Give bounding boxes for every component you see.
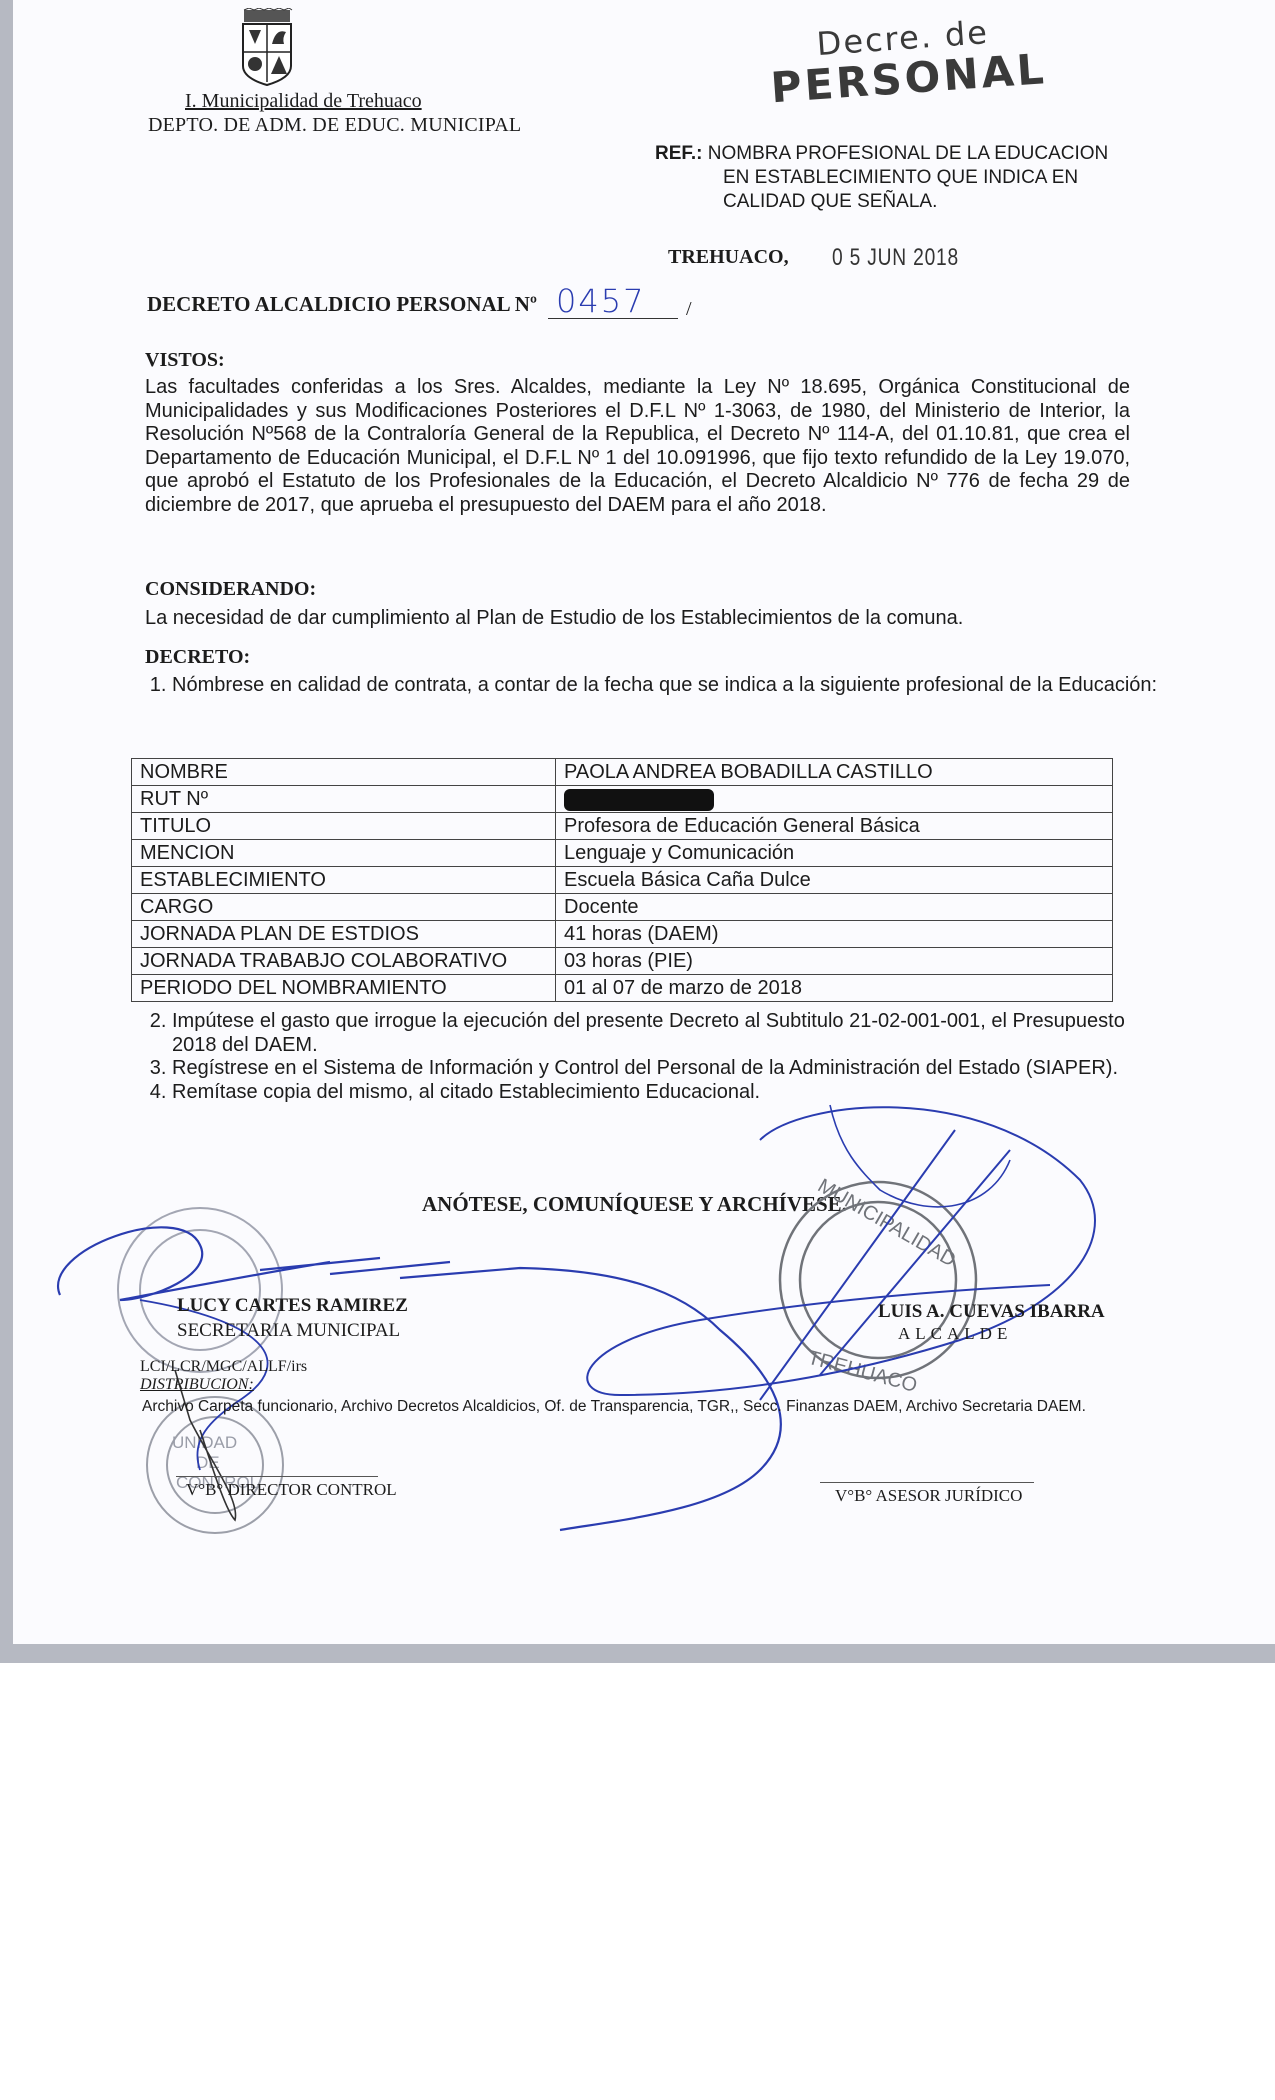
considerando-text: La necesidad de dar cumplimiento al Plan… bbox=[145, 607, 1130, 631]
table-row: TITULOProfesora de Educación General Bás… bbox=[132, 813, 1113, 840]
row-value: Profesora de Educación General Básica bbox=[556, 813, 1113, 840]
secretary-role: SECRETARIA MUNICIPAL bbox=[177, 1320, 400, 1342]
row-label: RUT Nº bbox=[132, 786, 556, 813]
reference-line-3: CALIDAD QUE SEÑALA. bbox=[655, 190, 1108, 214]
table-row: PERIODO DEL NOMBRAMIENTO01 al 07 de marz… bbox=[132, 975, 1113, 1002]
decreto-item-1-list: Nómbrese en calidad de contrata, a conta… bbox=[142, 674, 1162, 698]
date-stamp: 0 5 JUN 2018 bbox=[832, 244, 959, 272]
mayor-role: ALCALDE bbox=[898, 1324, 1012, 1344]
coat-of-arms-icon bbox=[236, 8, 298, 86]
decree-title: DECRETO ALCALDICIO PERSONAL Nº bbox=[147, 292, 537, 317]
table-row: MENCIONLenguaje y Comunicación bbox=[132, 840, 1113, 867]
decreto-item-4: Remítase copia del mismo, al citado Esta… bbox=[172, 1081, 1162, 1105]
row-value: PAOLA ANDREA BOBADILLA CASTILLO bbox=[556, 759, 1113, 786]
decreto-heading: DECRETO: bbox=[145, 646, 250, 669]
row-label: TITULO bbox=[132, 813, 556, 840]
table-row: ESTABLECIMIENTOEscuela Básica Caña Dulce bbox=[132, 867, 1113, 894]
decreto-item-3: Regístrese en el Sistema de Información … bbox=[172, 1057, 1162, 1081]
row-value bbox=[556, 786, 1113, 813]
row-label: JORNADA TRABABJO COLABORATIVO bbox=[132, 948, 556, 975]
reference-line-1: NOMBRA PROFESIONAL DE LA EDUCACION bbox=[708, 143, 1109, 164]
table-row: NOMBREPAOLA ANDREA BOBADILLA CASTILLO bbox=[132, 759, 1113, 786]
row-value: 03 horas (PIE) bbox=[556, 948, 1113, 975]
decreto-items-list: Impútese el gasto que irrogue la ejecuci… bbox=[142, 1010, 1162, 1104]
vb-director-control: V°B° DIRECTOR CONTROL bbox=[186, 1480, 397, 1500]
distribution-label: DISTRIBUCION: bbox=[140, 1376, 254, 1394]
row-value: Lenguaje y Comunicación bbox=[556, 840, 1113, 867]
vb-asesor-juridico: V°B° ASESOR JURÍDICO bbox=[835, 1486, 1022, 1506]
municipality-name: I. Municipalidad de Trehuaco bbox=[185, 90, 422, 113]
closing-formula: ANÓTESE, COMUNÍQUESE Y ARCHÍVESE. bbox=[422, 1192, 847, 1217]
reference-line-2: EN ESTABLECIMIENTO QUE INDICA EN bbox=[655, 166, 1108, 190]
vistos-text: Las facultades conferidas a los Sres. Al… bbox=[145, 376, 1130, 517]
row-label: ESTABLECIMIENTO bbox=[132, 867, 556, 894]
appointment-table: NOMBREPAOLA ANDREA BOBADILLA CASTILLORUT… bbox=[131, 758, 1113, 1002]
table-row: JORNADA TRABABJO COLABORATIVO03 horas (P… bbox=[132, 948, 1113, 975]
redacted-rut bbox=[564, 789, 714, 811]
considerando-heading: CONSIDERANDO: bbox=[145, 578, 316, 601]
row-label: JORNADA PLAN DE ESTDIOS bbox=[132, 921, 556, 948]
row-label: PERIODO DEL NOMBRAMIENTO bbox=[132, 975, 556, 1002]
reference-block: REF.: NOMBRA PROFESIONAL DE LA EDUCACION… bbox=[655, 142, 1108, 214]
row-value: 01 al 07 de marzo de 2018 bbox=[556, 975, 1113, 1002]
row-label: NOMBRE bbox=[132, 759, 556, 786]
reference-label: REF.: bbox=[655, 143, 703, 164]
department-name: DEPTO. DE ADM. DE EDUC. MUNICIPAL bbox=[148, 114, 521, 137]
table-row: CARGODocente bbox=[132, 894, 1113, 921]
legal-signature-line bbox=[820, 1482, 1034, 1483]
decreto-item-1: Nómbrese en calidad de contrata, a conta… bbox=[172, 674, 1162, 698]
vistos-heading: VISTOS: bbox=[145, 349, 225, 372]
table-row: RUT Nº bbox=[132, 786, 1113, 813]
row-value: Docente bbox=[556, 894, 1113, 921]
control-signature-line bbox=[176, 1476, 378, 1477]
secretary-name: LUCY CARTES RAMIREZ bbox=[177, 1295, 408, 1317]
row-value: Escuela Básica Caña Dulce bbox=[556, 867, 1113, 894]
distribution-list: Archivo Carpeta funcionario, Archivo Dec… bbox=[142, 1398, 1086, 1416]
row-value: 41 horas (DAEM) bbox=[556, 921, 1113, 948]
decree-number: 0457 bbox=[556, 282, 645, 320]
mayor-name: LUIS A. CUEVAS IBARRA bbox=[878, 1301, 1105, 1323]
row-label: CARGO bbox=[132, 894, 556, 921]
decree-suffix: / bbox=[686, 298, 692, 321]
place: TREHUACO, bbox=[668, 246, 789, 269]
initials: LCI/LCR/MGC/ALLF/irs bbox=[140, 1358, 307, 1376]
row-label: MENCION bbox=[132, 840, 556, 867]
personal-stamp: Decre. de PERSONAL bbox=[767, 11, 1043, 130]
decreto-item-2: Impútese el gasto que irrogue la ejecuci… bbox=[172, 1010, 1162, 1057]
table-row: JORNADA PLAN DE ESTDIOS41 horas (DAEM) bbox=[132, 921, 1113, 948]
